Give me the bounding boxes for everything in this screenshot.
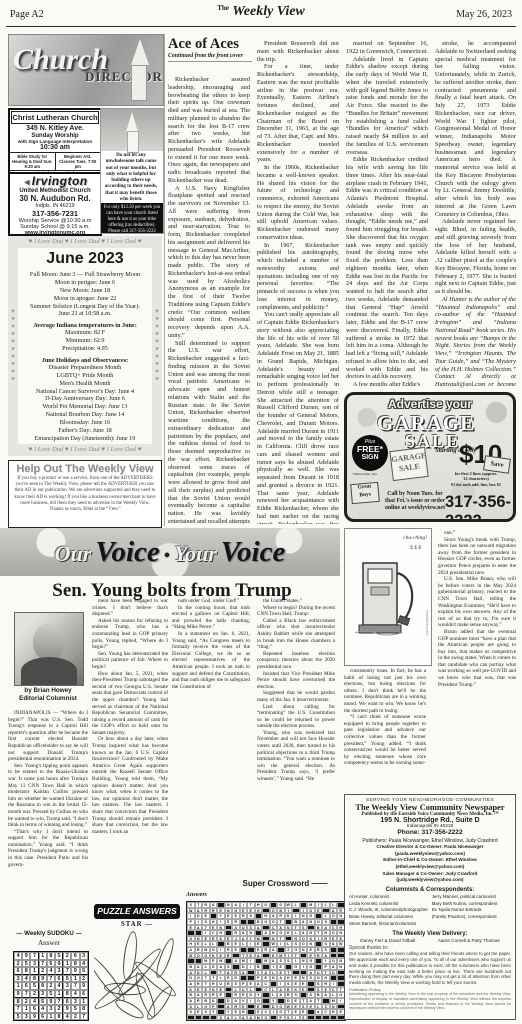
delivery-right: Aaron Cornell & Patty Thomas <box>438 938 500 943</box>
banner-our: Our <box>55 541 92 566</box>
arrow-left-icon: ◄ <box>22 177 31 187</box>
paragraph: one.” <box>438 530 516 537</box>
portrait-head <box>33 623 65 661</box>
paragraph: Suggested that he would pardon many of t… <box>257 690 335 703</box>
paragraph: Since Young's break with Trump, there ha… <box>438 537 516 577</box>
love-dad-ribbon-right: ♥ ♥ ♥ ♥ ♥ ♥ ♥ ♥ ♥ ♥ <box>152 248 162 444</box>
issue-date: May 26, 2023 <box>456 9 512 20</box>
temp-line: Precipitation: 4.95 <box>20 345 150 353</box>
cha-ching-text: cha-ching! <box>403 535 427 541</box>
byline: by Brian Howey Editorial Columnist <box>6 687 90 703</box>
paragraph: In a statement on Jan. 6, 2021, Young sa… <box>172 631 250 690</box>
young-column-5: consistently loses. In fact, he has a ha… <box>344 668 426 790</box>
holiday-line: National Cancer Survivor's Day: June 4 <box>20 388 150 396</box>
author-bio: Al Hunter is the author of the “Haunted … <box>435 296 516 388</box>
paragraph: stroke, he accompanied Adelaide to Switz… <box>435 40 516 218</box>
june-event-line: Summer Solstice (Longest Day of the Year… <box>20 303 150 311</box>
call-deadline: Call by Noon Tues. for that Fri.'s issue… <box>383 491 447 513</box>
crossword-answer-label: Answers <box>186 892 207 898</box>
paragraph: Where to begin? During the recent CNN To… <box>257 605 335 618</box>
holiday-line: D-Day Anniversary Day: June 6 <box>20 395 150 403</box>
paragraph: Insisted that Vice President Mike Pence … <box>257 671 335 691</box>
christ-lutheran-ad: Christ Lutheran Church 345 N. Kitley Ave… <box>8 108 102 174</box>
ace-of-aces-header: Ace of Aces Continued from the front cov… <box>168 36 252 62</box>
columnist: (Family Practice), correspondent <box>432 914 511 921</box>
office-address: 195 N. Shortridge Rd., Suite D <box>349 817 511 824</box>
service-cells: Bible Study for Hearing & Deaf Sun. 9:30… <box>10 152 100 170</box>
banner-your: Your <box>174 541 217 566</box>
dollar-signs-text: $ $ $ <box>410 545 421 551</box>
banner-voice1: Voice <box>95 536 159 568</box>
puzzle-answers-banner: PUZZLE ANSWERS <box>94 904 180 919</box>
crossword-heading: Super Crossword —— <box>226 879 344 888</box>
paragraph: President Roosevelt did not meet with Ri… <box>257 40 339 63</box>
paragraph: oath under God, under God!” <box>172 598 250 605</box>
steeple-verse-panel: Do not let any unwholesome talk come out… <box>100 108 164 234</box>
bible-verse: Do not let any unwholesome talk come out… <box>103 153 159 209</box>
temps-title: Average Indiana temperatures in June: <box>20 322 150 329</box>
columnist: Brian Howey, editorial columnist <box>349 914 428 921</box>
office-phone: Phone: 317-356-2222 <box>349 829 511 836</box>
holiday-line: World Pet Memorial Day: June 13 <box>20 403 150 411</box>
holiday-line: Bloomsday: June 16 <box>20 419 150 427</box>
paragraph: In 1967, Rickenbacker published his auto… <box>257 242 339 312</box>
newspaper-masthead: The Weekly View <box>0 4 522 20</box>
great-buys-sign-icon: Great Buys <box>350 482 380 504</box>
paragraph: “I can't think of someone worse equipped… <box>344 714 426 767</box>
free-label: FREE* <box>352 445 388 454</box>
masthead-info-box: SERVING YOUR NEIGHBORHOOD COMMUNITIES Th… <box>344 794 516 1020</box>
paragraph: Called a Black law enforcement officer w… <box>257 618 335 651</box>
asl-class-cell: Beginner ASL Classes Tues. 7:00 pm <box>55 153 101 170</box>
paragraph: Or how about a day later, when Trump ins… <box>92 736 168 835</box>
banner-voice2: Voice <box>221 536 285 568</box>
article-title: Ace of Aces <box>168 36 252 53</box>
church-address: 345 N. Kitley Ave. <box>10 125 100 132</box>
free-sign-badge: Plus FREE* SIGN <box>352 435 388 471</box>
june-events: Full Moon: June 3 — Full Strawberry Moon… <box>20 271 150 318</box>
staff-lines: Creative Director & Co-Owner: Paula Nice… <box>349 844 511 884</box>
our-voice-banner: Our Voice • Your Voice <box>0 528 340 576</box>
delivery-left: Danny Farr & David Tidball <box>360 938 415 943</box>
church-phone: 317-356-7231 <box>10 209 100 218</box>
ace-column-3: married on September 16, 1922 in Greenwi… <box>346 40 428 388</box>
columnists-title: Columnists & Correspondents: <box>349 887 511 893</box>
love-dad-ribbon-bottom: ♥ I Love Dad ♥ I Love Dad ♥ I Love Dad ♥ <box>8 444 162 456</box>
cartoon-credit: weeklyview.net <box>425 610 430 635</box>
call-line2: that Fri.'s issue or order <box>383 498 447 505</box>
call-line1: Call by Noon Tues. for <box>383 491 447 498</box>
paragraph: How about Jan. 5, 2021, when then-Presid… <box>92 671 168 737</box>
columnist: Steve Barnett, historian/columnist <box>349 921 428 928</box>
column-rule <box>164 34 165 526</box>
help-body: If you buy a product or use a service, f… <box>13 476 157 513</box>
thanks-body: Our readers, who have been calling and t… <box>349 951 511 987</box>
worship-time: 10:30 am <box>10 144 100 151</box>
june-title: June 2023 <box>20 250 150 268</box>
church-spire-icon <box>131 39 149 65</box>
paragraph: INDIANAPOLIS — “Where do I begin?” That … <box>8 710 88 763</box>
paragraph: You can't really appreciate all of Capta… <box>257 311 339 524</box>
paragraph: Young, who was reelected last November a… <box>257 730 335 783</box>
staff-line: Editor-in-Chief & Co-Owner: Ethel Winslo… <box>349 857 511 870</box>
paragraph: Adelaide never regained her sight. Blind… <box>435 218 516 296</box>
columnist: C.J. Woods, III, columnist/photographer <box>349 907 428 914</box>
policy-body: Advertising appearing in the Weekly View… <box>349 992 511 1011</box>
price-terms: for first 2 lines (approx. 32 characters… <box>439 471 513 487</box>
paragraph: married on September 16, 1922 in Greenwi… <box>346 40 428 56</box>
sudoku-answer-label: Answer <box>8 939 90 947</box>
young-column-3: oath under God, under God!”In the coming… <box>172 598 250 874</box>
young-column-1: INDIANAPOLIS — “Where do I begin?” That … <box>8 710 88 908</box>
young-column-6: one.”Since Young's break with Trump, the… <box>438 530 516 790</box>
bible-study-cell: Bible Study for Hearing & Deaf Sun. 9:30… <box>10 153 55 170</box>
ace-column-4: stroke, he accompanied Adelaide to Switz… <box>435 40 516 388</box>
church-directory-caps: DIRECTORY <box>85 69 164 85</box>
june-event-line: June 21 at 10:58 a.m. <box>20 310 150 318</box>
staff-line: Creative Director & Co-Owner: Paula Nice… <box>349 844 511 857</box>
help-title: Help Out The Weekly View <box>13 463 157 475</box>
ad-phone-number: 317-356-2222 <box>445 493 513 522</box>
wordsearch-title: STAR — <box>94 921 180 928</box>
paragraph: U.S. Sen. Mike Braun, who will be before… <box>438 576 516 629</box>
ace-column-1: Rickenbacker assured leadership, encoura… <box>168 76 250 524</box>
columnist: Al Hunter, columnist <box>349 894 428 901</box>
temp-line: Minimum: 62.9 <box>20 337 150 345</box>
portrait-shoulders <box>21 657 77 685</box>
columnists-right: Jerry Mannel, political cartoonistMary B… <box>432 894 511 928</box>
paragraph: A few months after Eddie's <box>346 381 428 388</box>
paragraph: Lied about calling for “terminating” the… <box>257 704 335 730</box>
irvington-umc-ad: ◄Irvington United Methodist Church 30 N.… <box>8 172 102 236</box>
columnists-columns: Al Hunter, columnistLinda Kennett, colum… <box>349 894 511 928</box>
delivery-names: Danny Farr & David Tidball Aaron Cornell… <box>349 938 511 943</box>
paragraph: A U.S. Navy Kingfisher floatplane spotte… <box>168 185 250 340</box>
june-event-line: Full Moon: June 3 — Full Strawberry Moon <box>20 271 150 279</box>
paragraph: Adelaide lived in Captain Eddie's shadow… <box>346 56 428 157</box>
church-tower-icon <box>131 65 147 101</box>
columnist-photo <box>14 612 84 686</box>
call-line3: online at weeklyview.net <box>383 505 447 512</box>
holiday-line: Father's Day: June 18 <box>20 427 150 435</box>
june-temps: Maximum: 82 FMinimum: 62.9Precipitation:… <box>20 329 150 353</box>
church-name: Christ Lutheran Church <box>11 111 99 124</box>
byline-author: by Brian Howey <box>6 687 90 695</box>
byline-role: Editorial Columnist <box>6 695 90 703</box>
young-column-4: the United States.”Where to begin? Durin… <box>257 598 335 876</box>
staff-line: Sales Manager & Co-Owner: Judy Crawford … <box>349 871 511 884</box>
june-event-line: New Moon: June 18 <box>20 287 150 295</box>
steeple-tower-icon <box>127 131 139 153</box>
steeple-spire-icon <box>126 112 138 132</box>
columnists-left: Al Hunter, columnistLinda Kennett, colum… <box>349 894 428 928</box>
temp-line: Maximum: 82 F <box>20 329 150 337</box>
holiday-line: National Bourbon Day: June 14 <box>20 411 150 419</box>
june-event-line: Moon in perigee: June 6 <box>20 279 150 287</box>
garage-sale-ad: Advertise your GARAGE SALE Plus FREE* SI… <box>344 392 516 522</box>
help-out-box: Help Out The Weekly View If you buy a pr… <box>8 460 162 528</box>
sudoku-answer-grid: 4971852632537691846812437953489765121658… <box>13 951 89 1021</box>
church-directory-banner: Church DIRECTORY <box>8 34 164 106</box>
sign-label: SIGN <box>352 454 388 461</box>
paragraph: Sen. Young has demonstrated the politica… <box>92 651 168 671</box>
columnist: Jerry Mannel, political cartoonist <box>432 894 511 901</box>
sudoku-heading: — Weekly SUDOKU — <box>8 930 90 937</box>
paragraph: Rickenbacker assured leadership, encoura… <box>168 76 250 185</box>
newspaper-page: Page A2 The Weekly View May 26, 2023 Chu… <box>0 0 522 1024</box>
paragraph: consistently loses. In fact, he has a ha… <box>344 668 426 714</box>
crossword-answer-grid: XTRANAITHOOWLMILLWARRENGEEHOBIIOEARIDEYE… <box>186 901 346 1021</box>
columnist: Linda Kennett, columnist <box>349 901 428 908</box>
irvington-name: Irvington <box>32 174 88 188</box>
paragraph: “That's why I don't intend to support hi… <box>8 829 88 869</box>
paragraph: In the 1960s, Rickenbacker became a well… <box>257 164 339 242</box>
irvington-logo: ◄Irvington <box>10 174 100 188</box>
masthead-the: The <box>217 4 229 12</box>
paragraph: For a time, under Rickenbacker's steward… <box>257 63 339 164</box>
limited-note: *limited time only <box>352 472 377 476</box>
june-holidays: Disaster Preparedness MonthLGBTQ+ Pride … <box>20 364 150 442</box>
holiday-line: Men's Health Month <box>20 380 150 388</box>
paragraph: Still determined to support the U.S. war… <box>168 340 250 525</box>
young-column-2: ment have been engaged in war crimes. I … <box>92 598 168 902</box>
ace-column-2: President Roosevelt did not meet with Ri… <box>257 40 339 524</box>
church-address: 30 N. Audubon Rd. <box>10 194 100 203</box>
wordsearch-answer <box>94 931 182 1021</box>
continued-note: Continued from the front cover <box>168 53 252 62</box>
steeple-photo <box>101 109 163 151</box>
yard-sign-icon: GARAGE SALE <box>389 447 428 481</box>
header-rule <box>6 26 516 27</box>
paragraph: the United States.” <box>257 598 335 605</box>
political-cartoon: cha-ching! $ $ $ weeklyview.net <box>344 528 432 666</box>
listing-offer: For only $12.50 per week you can have yo… <box>101 203 163 233</box>
delivery-title: The Weekly View Delivery: <box>349 931 511 937</box>
verse-text: Do not let any unwholesome talk come out… <box>105 153 157 202</box>
columnist: Dr. Nydia Nunez-Estrada <box>432 907 511 914</box>
paragraph: Asked his reason for refusing to endorse… <box>92 618 168 651</box>
love-dad-ribbon-top: ♥ I Love Dad ♥ I Love Dad ♥ I Love Dad ♥ <box>8 236 162 248</box>
terms-line3: $1 for each add. line, box $1 <box>439 482 513 487</box>
paragraph: Eddie Rickenbacker credited his wife wit… <box>346 156 428 381</box>
paragraph: Braun added that the eventual GOP nomine… <box>438 629 516 688</box>
june-event-line: Moon in apogee: June 22 <box>20 295 150 303</box>
paper-name: The Weekly View Community Newspaper <box>349 803 511 812</box>
love-dad-ribbon-left: ♥ ♥ ♥ ♥ ♥ ♥ ♥ ♥ ♥ ♥ <box>8 248 18 444</box>
paragraph: ment have been engaged in war crimes. I … <box>92 598 168 618</box>
paragraph: Sen. Young's tipping point appears to be… <box>8 763 88 829</box>
banner-dot: • <box>164 545 170 565</box>
masthead-title: Weekly View <box>232 4 304 19</box>
paragraph: In the coming hours, that mob erected a … <box>172 605 250 631</box>
columnist: Mary Beth Kuhns, correspondent <box>432 901 511 908</box>
holidays-title: June Holidays and Observances: <box>20 357 150 364</box>
paragraph: Repeated baseless election conspiracy th… <box>257 651 335 671</box>
june-calendar: June 2023 Full Moon: June 3 — Full Straw… <box>20 250 150 442</box>
holiday-line: LGBTQ+ Pride Month <box>20 372 150 380</box>
holiday-line: Disaster Preparedness Month <box>20 364 150 372</box>
ace-column-4-text: stroke, he accompanied Adelaide to Switz… <box>435 40 516 296</box>
holiday-line: Emancipation Day (Juneteenth): June 19 <box>20 435 150 442</box>
advertise-your-label: Advertise your <box>347 397 513 411</box>
